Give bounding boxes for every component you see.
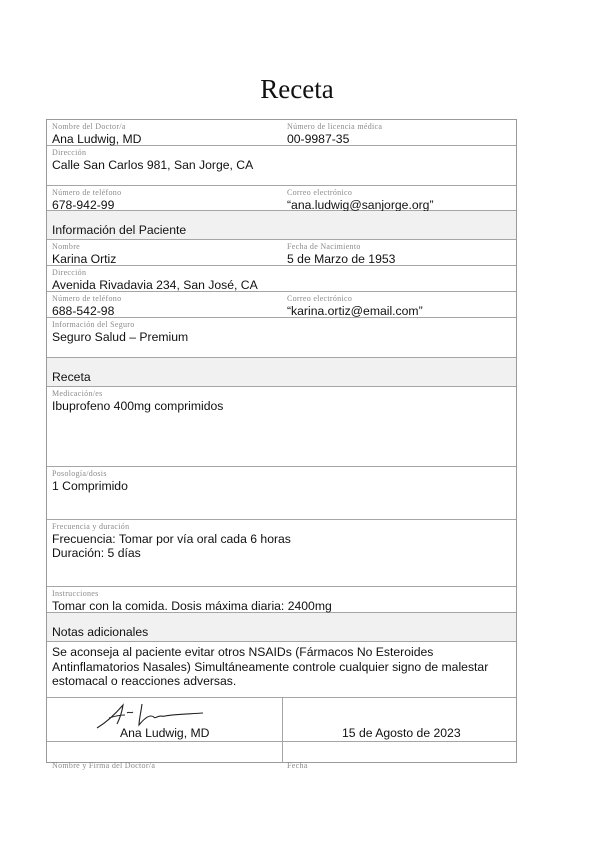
license-value: 00-9987-35	[287, 132, 382, 146]
doctor-phone-label: Número de teléfono	[52, 188, 121, 198]
doctor-address-label: Dirección	[52, 148, 253, 158]
patient-address-field[interactable]: Dirección Avenida Rivadavia 234, San Jos…	[52, 266, 258, 292]
patient-name-row: Nombre Karina Ortiz Fecha de Nacimiento …	[47, 240, 516, 266]
doctor-address-field[interactable]: Dirección Calle San Carlos 981, San Jorg…	[52, 146, 253, 172]
dosage-row: Posología/dosis 1 Comprimido	[47, 467, 516, 520]
patient-name-field[interactable]: Nombre Karina Ortiz	[52, 240, 116, 266]
frequency-row: Frecuencia y duración Frecuencia: Tomar …	[47, 520, 516, 587]
license-field[interactable]: Número de licencia médica 00-9987-35	[287, 120, 382, 146]
notes-section-header: Notas adicionales	[47, 613, 516, 642]
signature-name: Ana Ludwig, MD	[120, 726, 209, 740]
doctor-email-value: “ana.ludwig@sanjorge.org”	[287, 198, 434, 212]
signature-divider	[282, 697, 283, 763]
medication-value: Ibuprofeno 400mg comprimidos	[52, 399, 223, 413]
signature-date-label: Fecha	[287, 761, 308, 771]
patient-name-label: Nombre	[52, 242, 116, 252]
frequency-field[interactable]: Frecuencia y duración Frecuencia: Tomar …	[52, 520, 291, 560]
patient-contact-row: Número de teléfono 688-542-98 Correo ele…	[47, 292, 516, 318]
signature-date-label-cell: Fecha	[287, 752, 308, 771]
notes-section-title: Notas adicionales	[52, 625, 148, 639]
doctor-address-value: Calle San Carlos 981, San Jorge, CA	[52, 158, 253, 172]
patient-phone-label: Número de teléfono	[52, 294, 121, 304]
doctor-phone-field[interactable]: Número de teléfono 678-942-99	[52, 186, 121, 212]
patient-name-value: Karina Ortiz	[52, 252, 116, 266]
doctor-email-label: Correo electrónico	[287, 188, 434, 198]
patient-address-label: Dirección	[52, 268, 258, 278]
patient-phone-field[interactable]: Número de teléfono 688-542-98	[52, 292, 121, 318]
doctor-name-field[interactable]: Nombre del Doctor/a Ana Ludwig, MD	[52, 120, 141, 146]
doctor-name-value: Ana Ludwig, MD	[52, 132, 141, 146]
patient-dob-value: 5 de Marzo de 1953	[287, 252, 395, 266]
instructions-value: Tomar con la comida. Dosis máxima diaria…	[52, 599, 332, 613]
patient-phone-value: 688-542-98	[52, 304, 121, 318]
patient-section-header: Información del Paciente	[47, 211, 516, 240]
notes-text: Se aconseja al paciente evitar otros NSA…	[52, 645, 512, 689]
prescription-section-header: Receta	[47, 358, 516, 387]
notes-field[interactable]: Se aconseja al paciente evitar otros NSA…	[52, 645, 512, 689]
dosage-value: 1 Comprimido	[52, 479, 128, 493]
insurance-value: Seguro Salud – Premium	[52, 330, 188, 344]
patient-email-label: Correo electrónico	[287, 294, 423, 304]
notes-row: Se aconseja al paciente evitar otros NSA…	[47, 642, 516, 698]
instructions-field[interactable]: Instrucciones Tomar con la comida. Dosis…	[52, 587, 332, 613]
patient-address-row: Dirección Avenida Rivadavia 234, San Jos…	[47, 266, 516, 292]
doctor-email-field[interactable]: Correo electrónico “ana.ludwig@sanjorge.…	[287, 186, 434, 212]
signature-name-label-cell: Nombre y Firma del Doctor/a	[52, 752, 155, 771]
prescription-form: Nombre del Doctor/a Ana Ludwig, MD Númer…	[46, 119, 517, 763]
medication-row: Medicación/es Ibuprofeno 400mg comprimid…	[47, 387, 516, 467]
medication-label: Medicación/es	[52, 389, 223, 399]
dosage-field[interactable]: Posología/dosis 1 Comprimido	[52, 467, 128, 493]
doctor-phone-value: 678-942-99	[52, 198, 121, 212]
prescription-section-title: Receta	[52, 370, 91, 384]
patient-dob-label: Fecha de Nacimiento	[287, 242, 395, 252]
dosage-label: Posología/dosis	[52, 469, 128, 479]
instructions-label: Instrucciones	[52, 589, 332, 599]
medication-field[interactable]: Medicación/es Ibuprofeno 400mg comprimid…	[52, 387, 223, 413]
doctor-name-label: Nombre del Doctor/a	[52, 122, 141, 132]
doctor-name-row: Nombre del Doctor/a Ana Ludwig, MD Númer…	[47, 120, 516, 146]
license-label: Número de licencia médica	[287, 122, 382, 132]
page-title: Receta	[0, 74, 594, 105]
doctor-contact-row: Número de teléfono 678-942-99 Correo ele…	[47, 186, 516, 211]
instructions-row: Instrucciones Tomar con la comida. Dosis…	[47, 587, 516, 613]
frequency-label: Frecuencia y duración	[52, 522, 291, 532]
doctor-address-row: Dirección Calle San Carlos 981, San Jorg…	[47, 146, 516, 186]
insurance-field[interactable]: Información del Seguro Seguro Salud – Pr…	[52, 318, 188, 344]
patient-section-title: Información del Paciente	[52, 223, 186, 237]
patient-email-field[interactable]: Correo electrónico “karina.ortiz@email.c…	[287, 292, 423, 318]
patient-email-value: “karina.ortiz@email.com”	[287, 304, 423, 318]
frequency-value: Frecuencia: Tomar por vía oral cada 6 ho…	[52, 532, 291, 546]
duration-value: Duración: 5 días	[52, 546, 291, 560]
insurance-label: Información del Seguro	[52, 320, 188, 330]
patient-address-value: Avenida Rivadavia 234, San José, CA	[52, 278, 258, 292]
insurance-row: Información del Seguro Seguro Salud – Pr…	[47, 318, 516, 358]
patient-dob-field[interactable]: Fecha de Nacimiento 5 de Marzo de 1953	[287, 240, 395, 266]
signature-name-label: Nombre y Firma del Doctor/a	[52, 761, 155, 771]
signature-date: 15 de Agosto de 2023	[342, 726, 461, 740]
